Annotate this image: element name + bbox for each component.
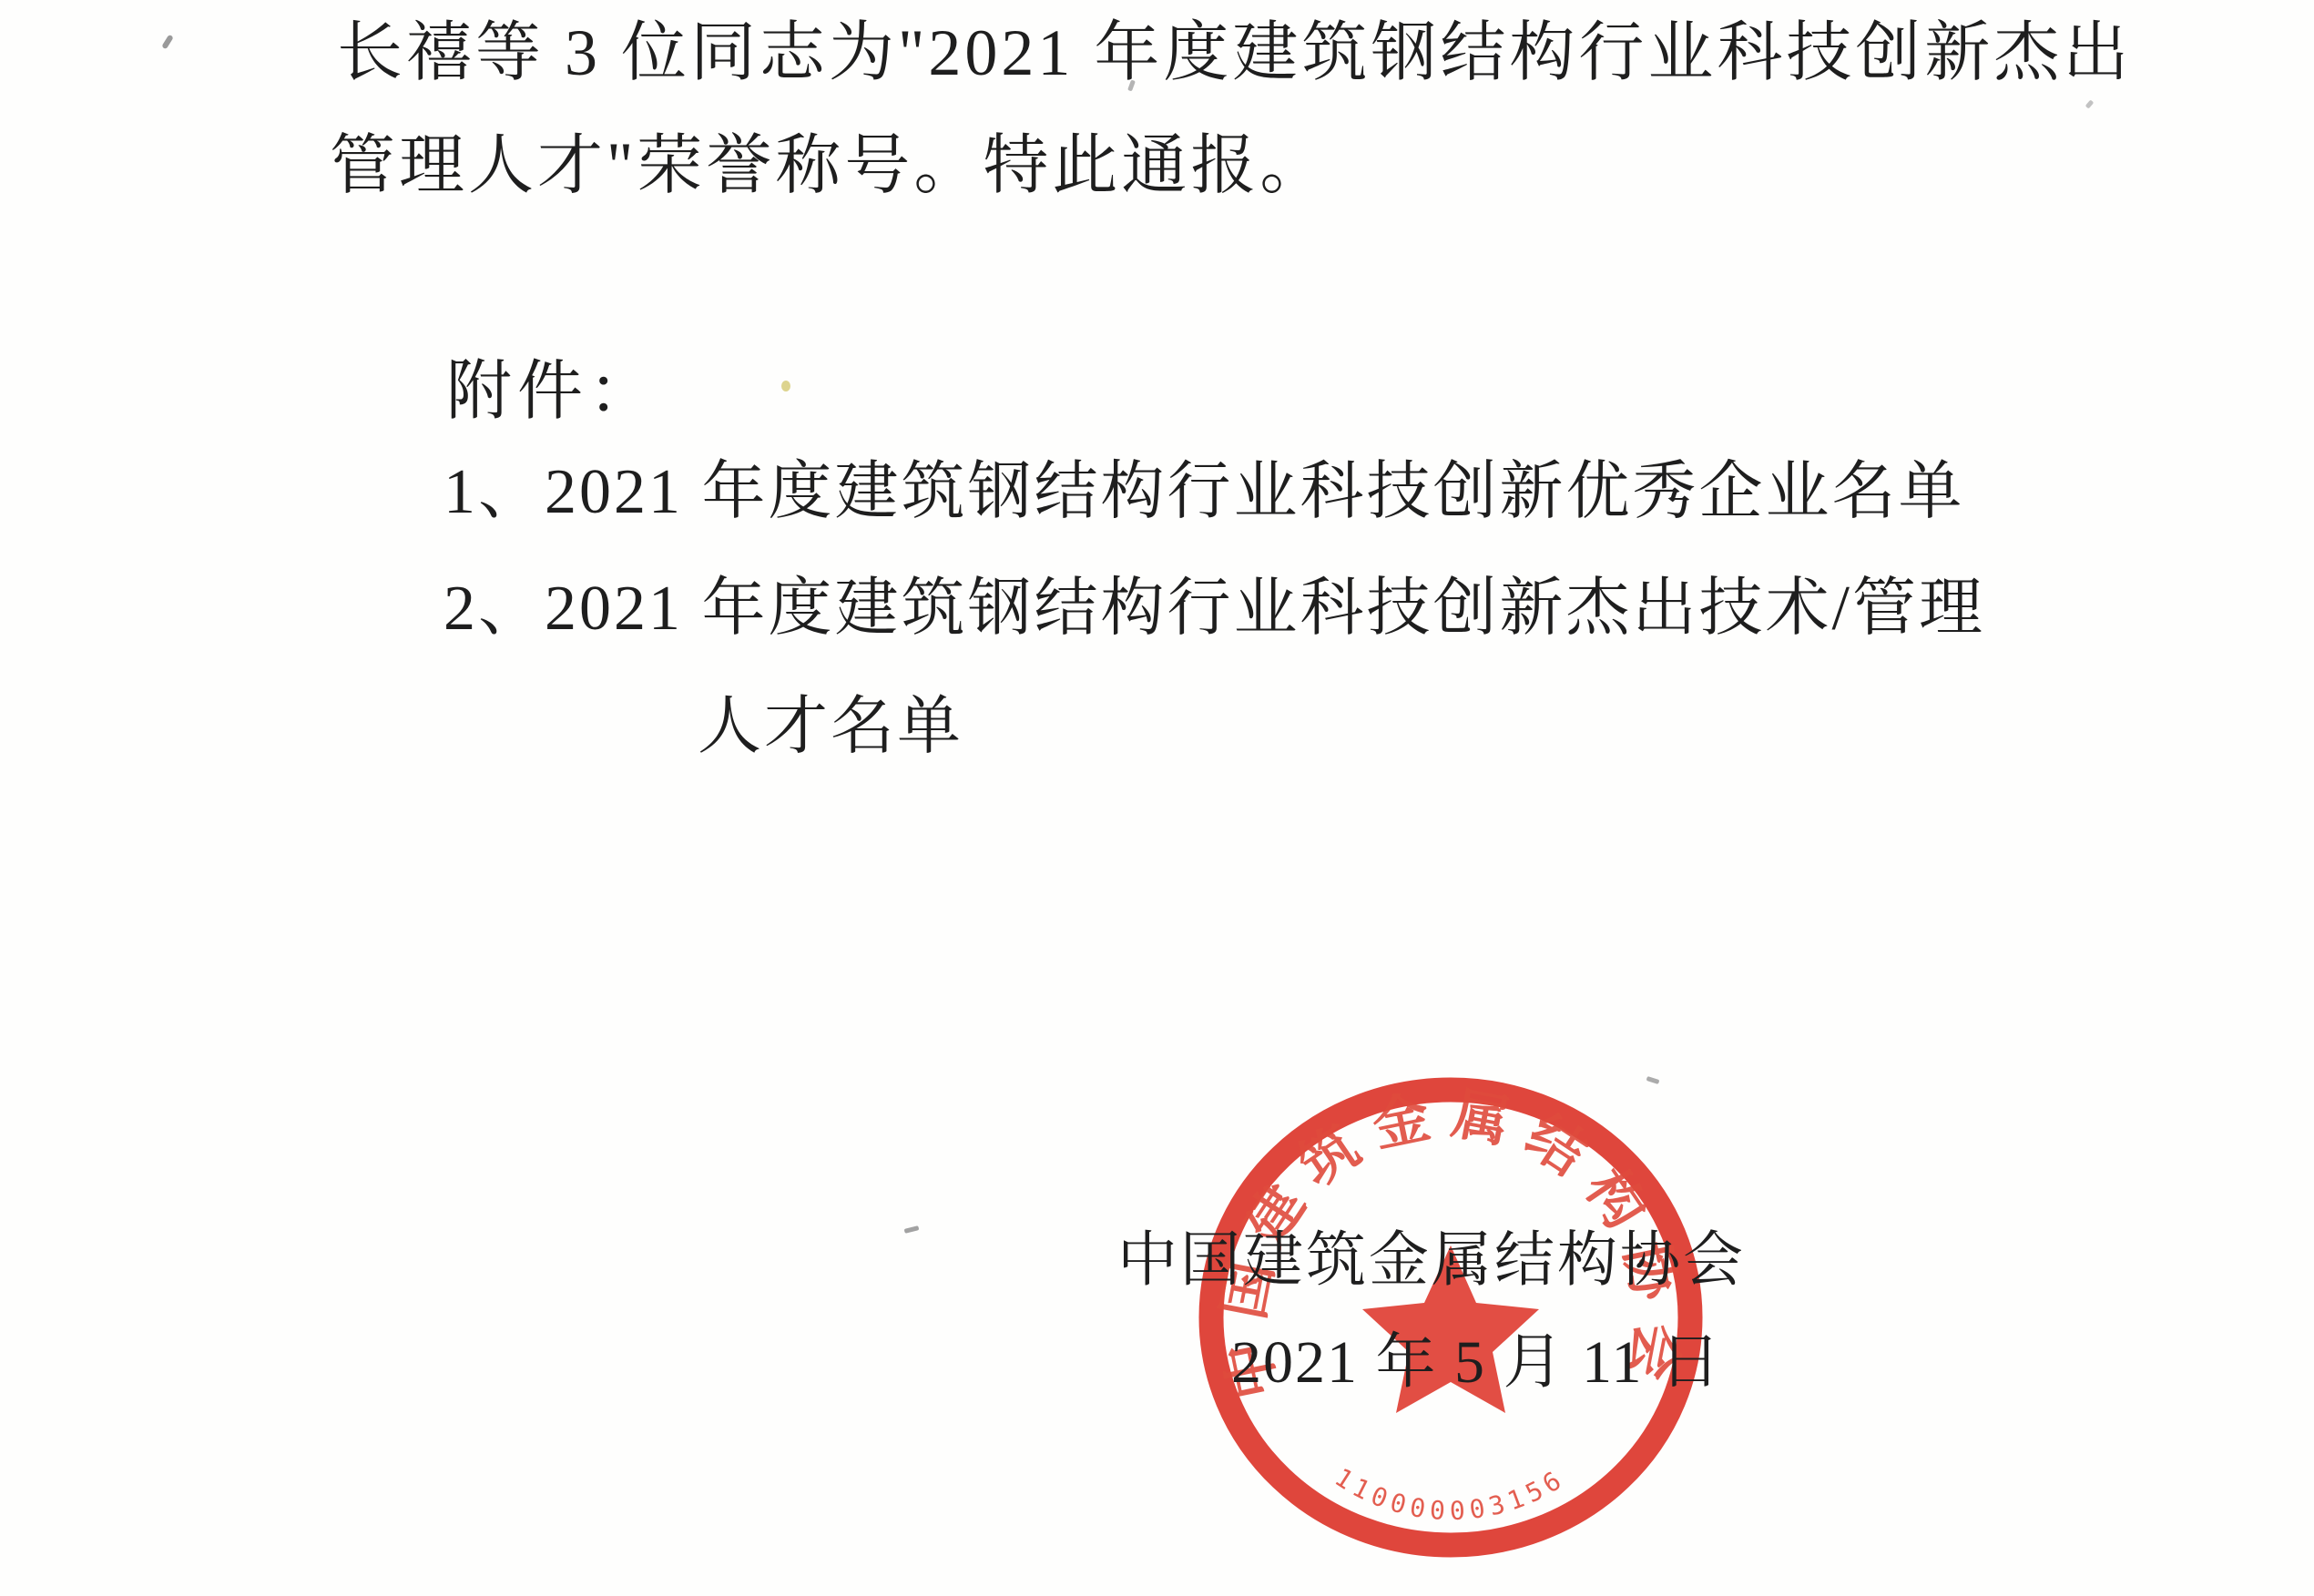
body-text-line-2: 管理人才"荣誉称号。特此通报。 xyxy=(330,133,1329,198)
body-text-line-1: 长禧等 3 位同志为"2021 年度建筑钢结构行业科技创新杰出 xyxy=(337,20,2132,86)
signature-date: 2021 年 5 月 11 日 xyxy=(1231,1333,1722,1393)
attachment-item-1: 1、2021 年度建筑钢结构行业科技创新优秀企业名单 xyxy=(443,461,1965,524)
scan-speck xyxy=(2085,99,2095,108)
scan-speck xyxy=(904,1225,920,1234)
signature-organization: 中国建筑金属结构协会 xyxy=(1117,1231,1746,1291)
attachment-label: 附件： xyxy=(446,359,659,424)
attachment-item-2-continued: 人才名单 xyxy=(698,696,963,759)
scan-speck xyxy=(781,381,790,391)
attachment-item-2: 2、2021 年度建筑钢结构行业科技创新杰出技术/管理 xyxy=(443,577,1985,641)
official-seal: 中国建筑金属结构协会 1100000031569 xyxy=(1191,1065,1710,1571)
scanned-document-page: 长禧等 3 位同志为"2021 年度建筑钢结构行业科技创新杰出 管理人才"荣誉称… xyxy=(0,0,2314,1596)
scan-speck xyxy=(161,35,174,50)
